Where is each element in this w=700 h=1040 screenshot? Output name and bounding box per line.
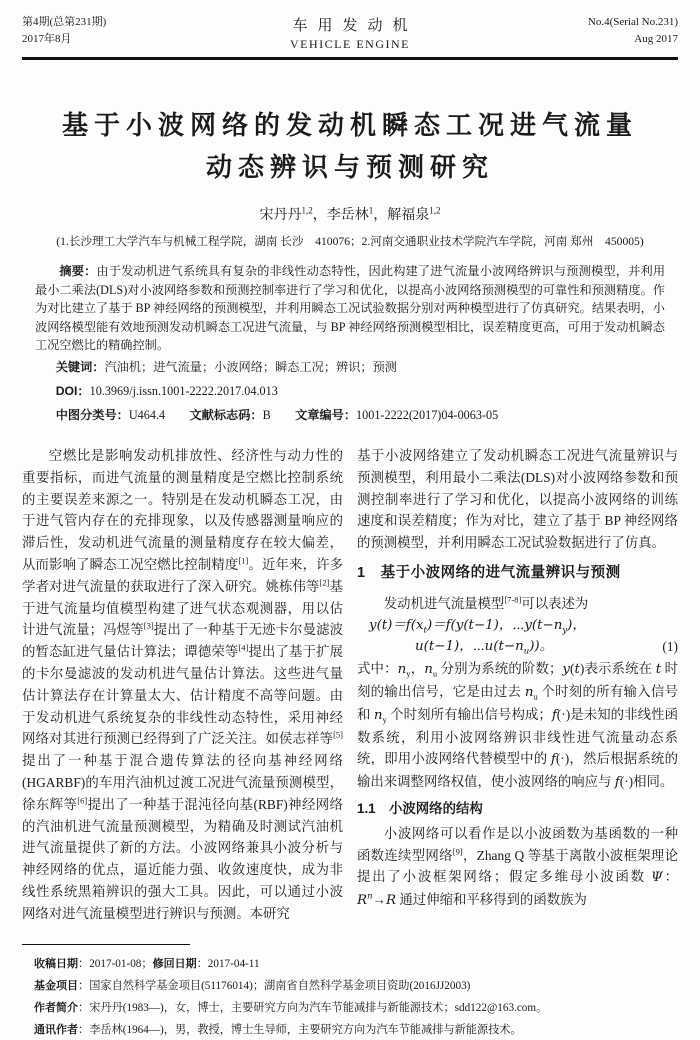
header-serial-block: No.4(Serial No.231) Aug 2017 [508, 14, 678, 48]
intro-paragraph-continued: 基于小波网络建立了发动机瞬态工况进气流量辨识与预测模型，利用最小二乘法(DLS)… [357, 445, 678, 554]
equation-1-number: (1) [662, 636, 678, 658]
body-columns: 空燃比是影响发动机排放性、经济性与动力性的重要指标，而进气流量的测量精度是空燃比… [22, 445, 678, 935]
received-date-line: 收稿日期：2017-01-08；修回日期：2017-04-11 [22, 953, 678, 975]
corresponding-author-line: 通讯作者：李岳林(1964—)，男，教授，博士生导师，主要研究方向为汽车节能减排… [22, 1019, 678, 1040]
issue-date-en: Aug 2017 [508, 31, 678, 48]
section-1-heading: 1 基于小波网络的进气流量辨识与预测 [357, 563, 678, 585]
footnote-divider [22, 944, 190, 945]
header-issue-block: 第4期(总第231期) 2017年8月 [22, 14, 192, 48]
paper-page: 第4期(总第231期) 2017年8月 车用发动机 VEHICLE ENGINE… [0, 0, 700, 1040]
affiliation: (1.长沙理工大学汽车与机械工程学院，湖南 长沙 410076；2.河南交通职业… [22, 233, 678, 249]
intro-paragraph: 空燃比是影响发动机排放性、经济性与动力性的重要指标，而进气流量的测量精度是空燃比… [22, 445, 343, 925]
doi-line: DOI：10.3969/j.issn.1001-2222.2017.04.013 [35, 379, 665, 403]
footnote-block: 收稿日期：2017-01-08；修回日期：2017-04-11 基金项目：国家自… [22, 944, 678, 1040]
left-column: 空燃比是影响发动机排放性、经济性与动力性的重要指标，而进气流量的测量精度是空燃比… [22, 445, 343, 935]
journal-header: 第4期(总第231期) 2017年8月 车用发动机 VEHICLE ENGINE… [22, 14, 678, 52]
issue-date: 2017年8月 [22, 31, 192, 48]
author-list: 宋丹丹1,2，李岳林1，解福泉1,2 [22, 204, 678, 224]
journal-name-cn: 车用发动机 [202, 14, 508, 35]
article-title: 基于小波网络的发动机瞬态工况进气流量 动态辨识与预测研究 [22, 104, 678, 188]
serial-number: No.4(Serial No.231) [508, 14, 678, 31]
journal-name-en: VEHICLE ENGINE [192, 37, 508, 52]
abstract: 摘要：由于发动机进气系统具有复杂的非线性动态特性，因此构建了进气流量小波网络辨识… [35, 262, 665, 355]
header-divider [22, 57, 678, 60]
funding-line: 基金项目：国家自然科学基金项目(51176014)；湖南省自然科学基金项目资助(… [22, 975, 678, 997]
equation-1-line2: u(t−1)，⋯u(t−nu))。 (1) [357, 636, 678, 658]
right-column: 基于小波网络建立了发动机瞬态工况进气流量辨识与预测模型，利用最小二乘法(DLS)… [357, 445, 678, 935]
keywords-line: 关键词：汽油机；进气流量；小波网络；瞬态工况；辨识；预测 [35, 355, 665, 379]
equation-1: y(t)＝f(xt)＝f(y(t−1)，⋯y(t−ny)， u(t−1)，⋯u(… [357, 615, 678, 659]
header-journal-block: 车用发动机 VEHICLE ENGINE [192, 14, 508, 52]
wavelet-structure-paragraph: 小波网络可以看作是以小波函数为基函数的一种函数连续型网络[9]，Zhang Q … [357, 823, 678, 912]
equation-1-line1: y(t)＝f(xt)＝f(y(t−1)，⋯y(t−ny)， [357, 615, 678, 637]
author-bio-line: 作者简介：宋丹丹(1983—)，女，博士，主要研究方向为汽车节能减排与新能源技术… [22, 997, 678, 1019]
section-1-1-heading: 1.1 小波网络的结构 [357, 798, 678, 820]
classification-line: 中图分类号：U464.4 文献标志码：B 文章编号：1001-2222(2017… [35, 403, 665, 427]
model-intro-paragraph: 发动机进气流量模型[7-8]可以表述为 [357, 593, 678, 615]
equation-explanation-paragraph: 式中：ny，nu 分别为系统的阶数；y(t)表示系统在 t 时刻的输出信号，它是… [357, 658, 678, 794]
article-title-line1: 基于小波网络的发动机瞬态工况进气流量 [62, 110, 638, 140]
equation-1-line2-body: u(t−1)，⋯u(t−nu))。 [415, 636, 553, 658]
article-title-line2: 动态辨识与预测研究 [206, 152, 494, 182]
issue-number: 第4期(总第231期) [22, 14, 192, 31]
